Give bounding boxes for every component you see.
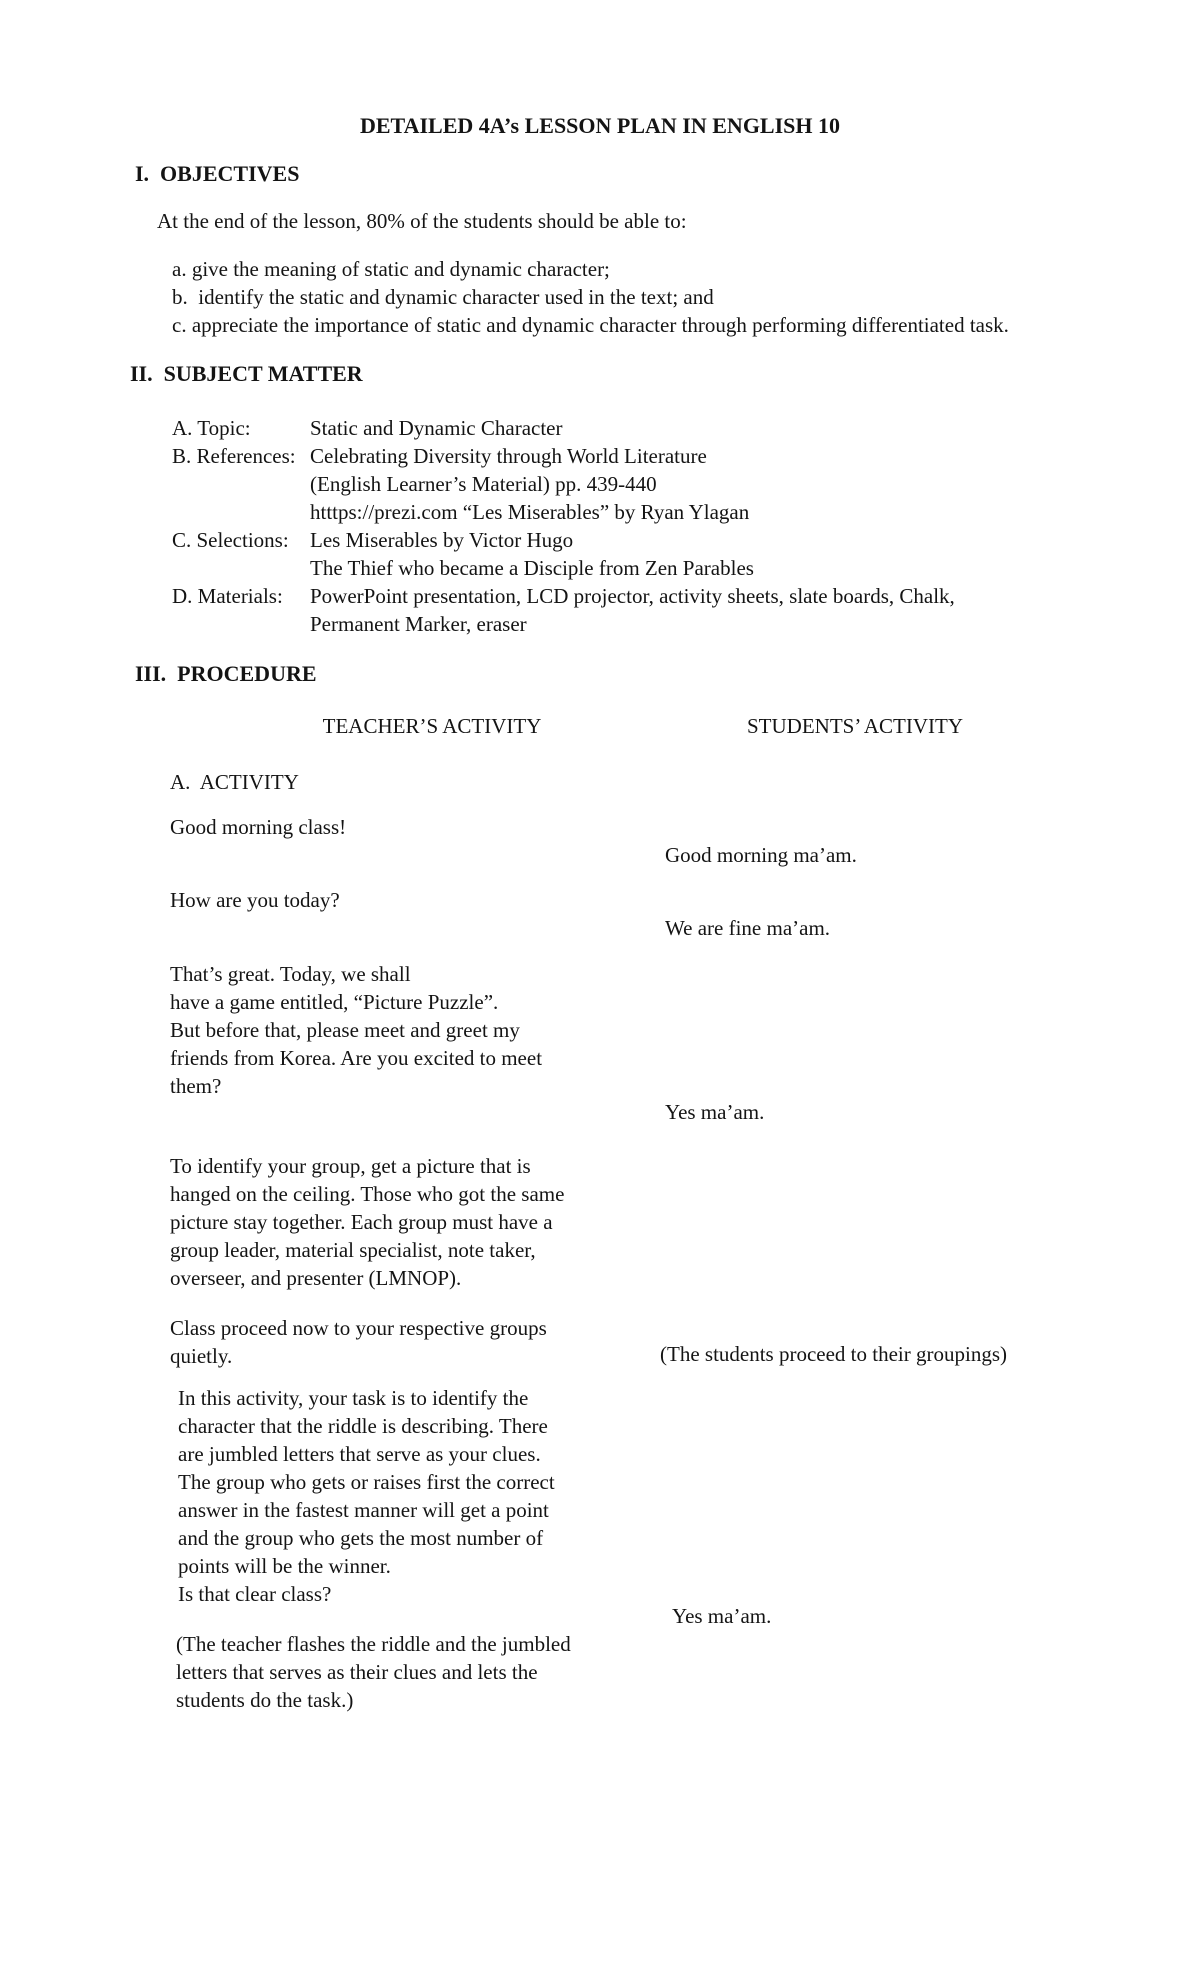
subject-matter-value-materials: PowerPoint presentation, LCD projector, … [310,582,1050,638]
students-fine-reply: We are fine ma’am. [665,914,830,942]
subject-matter-list: A. Topic: Static and Dynamic Character B… [172,414,1050,638]
activity-section-label: A. ACTIVITY [170,768,299,796]
students-activity-column-header: STUDENTS’ ACTIVITY [660,712,1050,740]
students-greeting-reply: Good morning ma’am. [665,841,857,869]
objective-item-a: a. give the meaning of static and dynami… [172,255,610,283]
subject-matter-value-selections: Les Miserables by Victor Hugo The Thief … [310,526,1050,582]
document-title: DETAILED 4A’s LESSON PLAN IN ENGLISH 10 [0,112,1200,140]
teacher-proceed-to-groups: Class proceed now to your respective gro… [170,1314,730,1370]
subject-matter-label-topic: A. Topic: [172,414,310,442]
teacher-activity-mechanics: In this activity, your task is to identi… [178,1384,738,1608]
students-grouping-action-note: (The students proceed to their groupings… [660,1340,1090,1368]
objectives-heading: I. OBJECTIVES [135,160,299,188]
objectives-intro: At the end of the lesson, 80% of the stu… [157,207,687,235]
teacher-action-note: (The teacher flashes the riddle and the … [176,1630,736,1714]
teacher-activity-column-header: TEACHER’S ACTIVITY [172,712,692,740]
lesson-plan-page: DETAILED 4A’s LESSON PLAN IN ENGLISH 10 … [0,0,1200,1976]
procedure-heading: III. PROCEDURE [135,660,317,688]
objective-item-b: b. identify the static and dynamic chara… [172,283,714,311]
teacher-greeting: Good morning class! [170,813,346,841]
subject-matter-value-references: Celebrating Diversity through World Lite… [310,442,1050,526]
teacher-game-intro: That’s great. Today, we shall have a gam… [170,960,730,1100]
subject-matter-label-selections: C. Selections: [172,526,310,582]
teacher-how-are-you: How are you today? [170,886,340,914]
students-clear-reply: Yes ma’am. [672,1602,771,1630]
subject-matter-label-references: B. References: [172,442,310,526]
objective-item-c: c. appreciate the importance of static a… [172,311,1009,339]
subject-matter-heading: II. SUBJECT MATTER [130,360,363,388]
subject-matter-label-materials: D. Materials: [172,582,310,638]
students-excited-reply: Yes ma’am. [665,1098,764,1126]
teacher-grouping-instruction: To identify your group, get a picture th… [170,1152,730,1292]
subject-matter-value-topic: Static and Dynamic Character [310,414,1050,442]
